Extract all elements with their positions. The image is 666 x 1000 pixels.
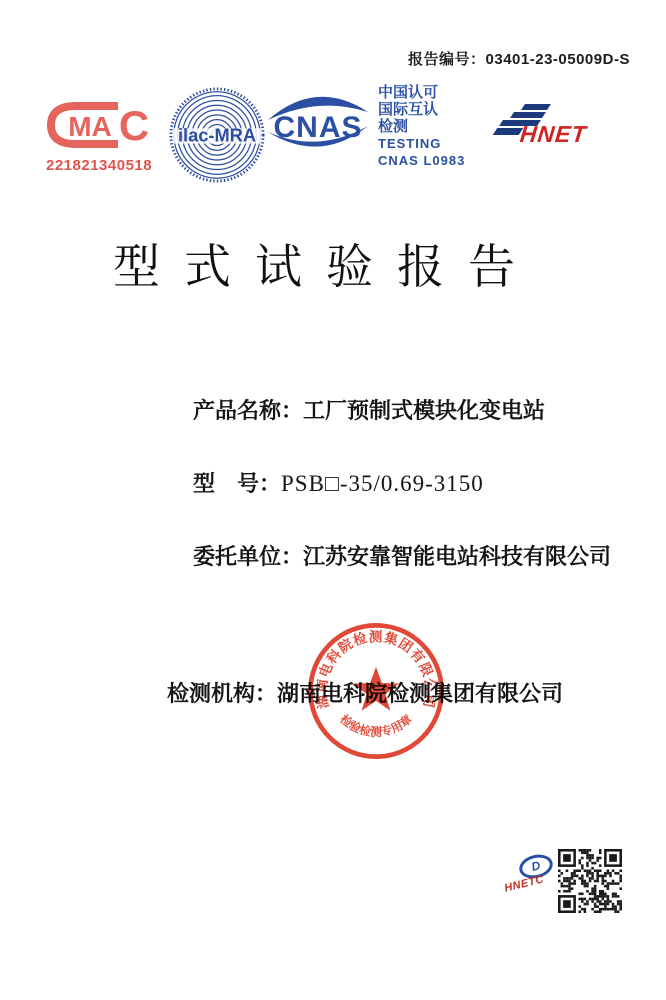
- cma-c-letter: C: [119, 102, 149, 149]
- cma-logo-icon: MA C: [46, 101, 150, 149]
- stamp-star-icon: [353, 667, 399, 711]
- field-client: 委托单位：江苏安靠智能电站科技有限公司: [193, 540, 611, 571]
- cma-mark: MA C 221821340518: [46, 101, 156, 174]
- cnas-line-1: 中国认可: [378, 84, 465, 101]
- cnas-line-4: TESTING: [378, 135, 465, 152]
- field-value: 工厂预制式模块化变电站: [303, 398, 545, 423]
- hnetc-mini-logo: D HNETC: [504, 853, 558, 903]
- cnas-line-5: CNAS L0983: [378, 152, 465, 169]
- inspection-stamp: 湖南电科院检测集团有限公司 检验检测专用章: [301, 616, 451, 766]
- cnas-accreditation-text: 中国认可 国际互认 检测 TESTING CNAS L0983: [378, 84, 465, 169]
- stamp-bottom-text: 检验检测专用章: [337, 712, 415, 739]
- cnas-line-2: 国际互认: [378, 101, 465, 118]
- report-number-label: 报告编号：: [408, 51, 486, 68]
- field-label: 产品名称：: [193, 398, 303, 423]
- field-product-name: 产品名称：工厂预制式模块化变电站: [193, 394, 545, 425]
- cnas-line-3: 检测: [378, 118, 465, 135]
- field-model: 型 号：PSB□-35/0.69-3150: [193, 467, 484, 498]
- ilac-mra-logo-icon: ilac-MRA: [169, 87, 265, 183]
- hnet-wordmark: HNET: [519, 121, 588, 148]
- cnas-logo-icon: CNAS: [266, 86, 370, 158]
- field-value: 江苏安靠智能电站科技有限公司: [303, 544, 611, 569]
- report-number: 报告编号：03401-23-05009D-S: [408, 48, 630, 69]
- report-number-value: 03401-23-05009D-S: [486, 51, 630, 68]
- field-label: 委托单位：: [193, 544, 303, 569]
- cnas-label: CNAS: [273, 111, 362, 144]
- page-title: 型式试验报告: [113, 230, 539, 297]
- cma-certificate-number: 221821340518: [46, 157, 156, 174]
- hnet-stripe-icon: [521, 104, 551, 110]
- qr-code: [558, 849, 622, 913]
- field-value: PSB□-35/0.69-3150: [281, 471, 484, 496]
- field-label: 检测机构：: [167, 681, 277, 706]
- cma-ma-letters: MA: [68, 111, 112, 142]
- report-cover-page: 报告编号：03401-23-05009D-S MA C 221821340518…: [0, 0, 666, 1000]
- field-label: 型 号：: [193, 471, 281, 496]
- hnet-stripe-icon: [493, 128, 524, 135]
- hnet-stripe-icon: [510, 112, 546, 118]
- ilac-mra-label: ilac-MRA: [178, 125, 256, 146]
- hnet-logo: HNET: [495, 100, 620, 150]
- svg-text:检验检测专用章: 检验检测专用章: [337, 712, 415, 739]
